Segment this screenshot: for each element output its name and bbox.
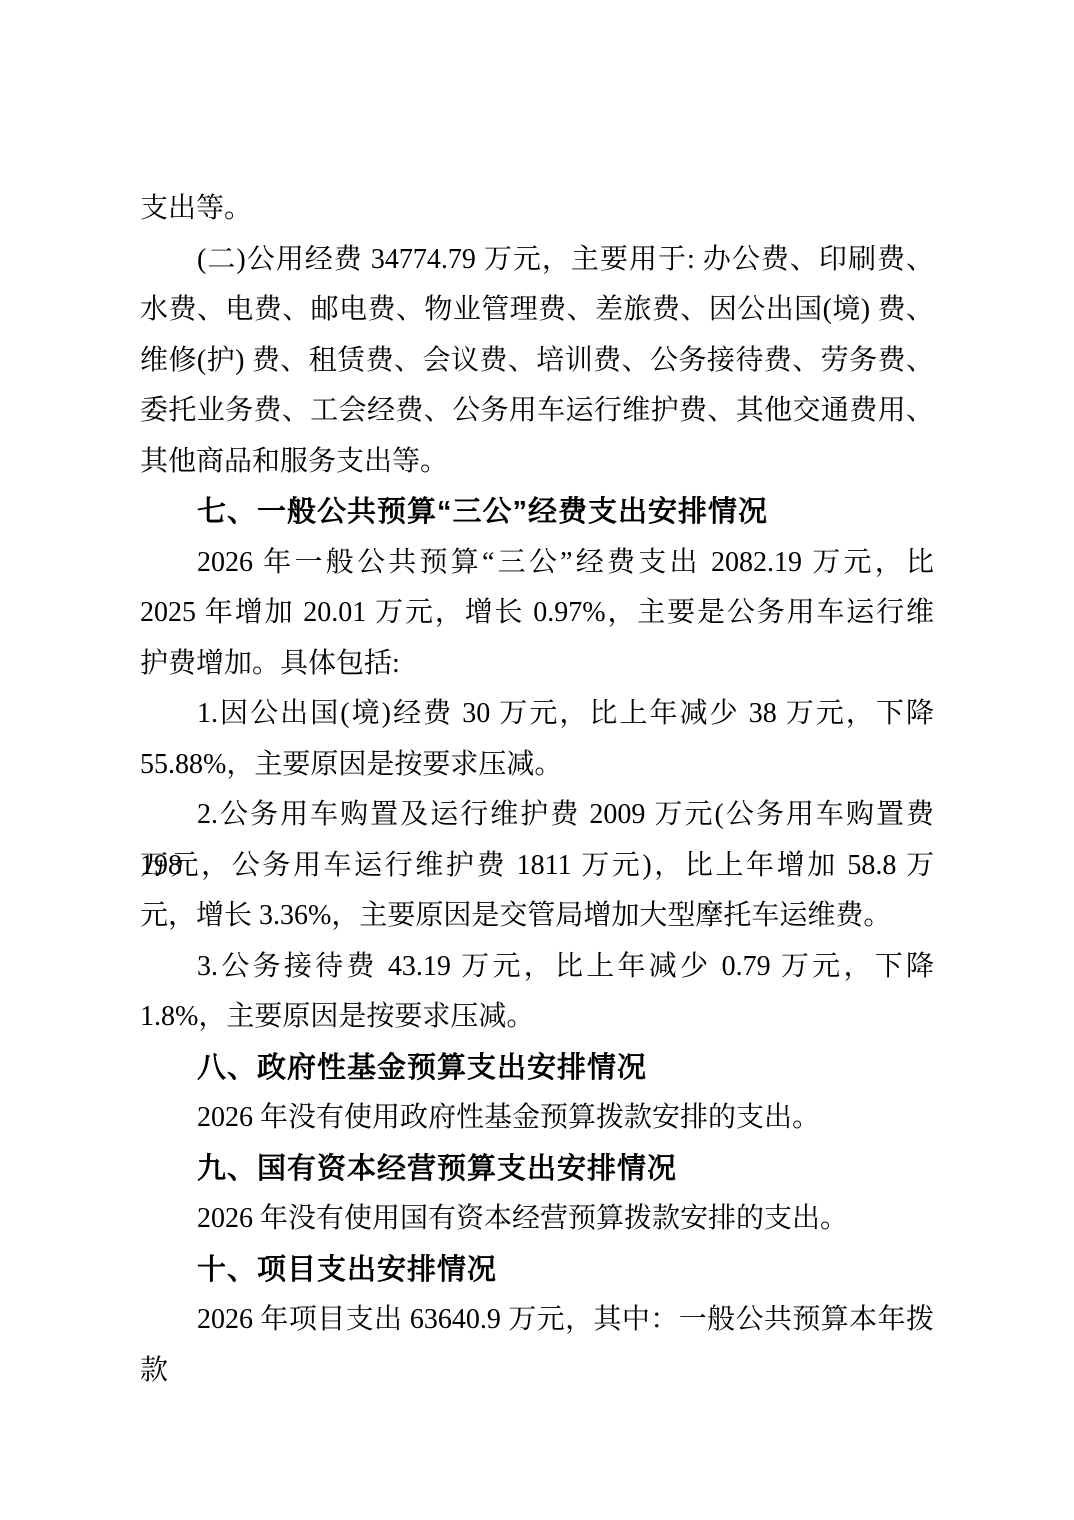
text-line: 55.88%，主要原因是按要求压减。 (140, 740, 934, 791)
text-line: 2026 年一般公共预算“三公”经费支出 2082.19 万元，比 (140, 538, 934, 589)
heading-section-9: 九、国有资本经营预算支出安排情况 (140, 1144, 934, 1195)
text-line: 其他商品和服务支出等。 (140, 437, 934, 488)
text-line: 维修(护) 费、租赁费、会议费、培训费、公务接待费、劳务费、 (140, 336, 934, 387)
text-line: 2026 年没有使用政府性基金预算拨款安排的支出。 (140, 1093, 934, 1144)
text-line: (二)公用经费 34774.79 万元，主要用于: 办公费、印刷费、 (140, 235, 934, 286)
text-line: 元，增长 3.36%，主要原因是交管局增加大型摩托车运维费。 (140, 891, 934, 942)
text-line: 2.公务用车购置及运行维护费 2009 万元(公务用车购置费 198 (140, 790, 934, 841)
document-page: 支出等。 (二)公用经费 34774.79 万元，主要用于: 办公费、印刷费、 … (0, 0, 1074, 1520)
text-line: 万元，公务用车运行维护费 1811 万元)，比上年增加 58.8 万 (140, 841, 934, 892)
text-line: 2025 年增加 20.01 万元，增长 0.97%，主要是公务用车运行维 (140, 588, 934, 639)
heading-section-8: 八、政府性基金预算支出安排情况 (140, 1043, 934, 1094)
text-line: 支出等。 (140, 184, 934, 235)
heading-section-7: 七、一般公共预算“三公”经费支出安排情况 (140, 487, 934, 538)
text-line: 3.公务接待费 43.19 万元，比上年减少 0.79 万元，下降 (140, 942, 934, 993)
text-line: 护费增加。具体包括: (140, 639, 934, 690)
text-line: 1.8%，主要原因是按要求压减。 (140, 992, 934, 1043)
text-line: 2026 年没有使用国有资本经营预算拨款安排的支出。 (140, 1194, 934, 1245)
text-line: 1.因公出国(境)经费 30 万元，比上年减少 38 万元，下降 (140, 689, 934, 740)
text-line: 委托业务费、工会经费、公务用车运行维护费、其他交通费用、 (140, 386, 934, 437)
text-line: 水费、电费、邮电费、物业管理费、差旅费、因公出国(境) 费、 (140, 285, 934, 336)
text-line: 2026 年项目支出 63640.9 万元，其中：一般公共预算本年拨款 (140, 1295, 934, 1346)
heading-section-10: 十、项目支出安排情况 (140, 1245, 934, 1296)
document-text-block: 支出等。 (二)公用经费 34774.79 万元，主要用于: 办公费、印刷费、 … (140, 184, 934, 1346)
